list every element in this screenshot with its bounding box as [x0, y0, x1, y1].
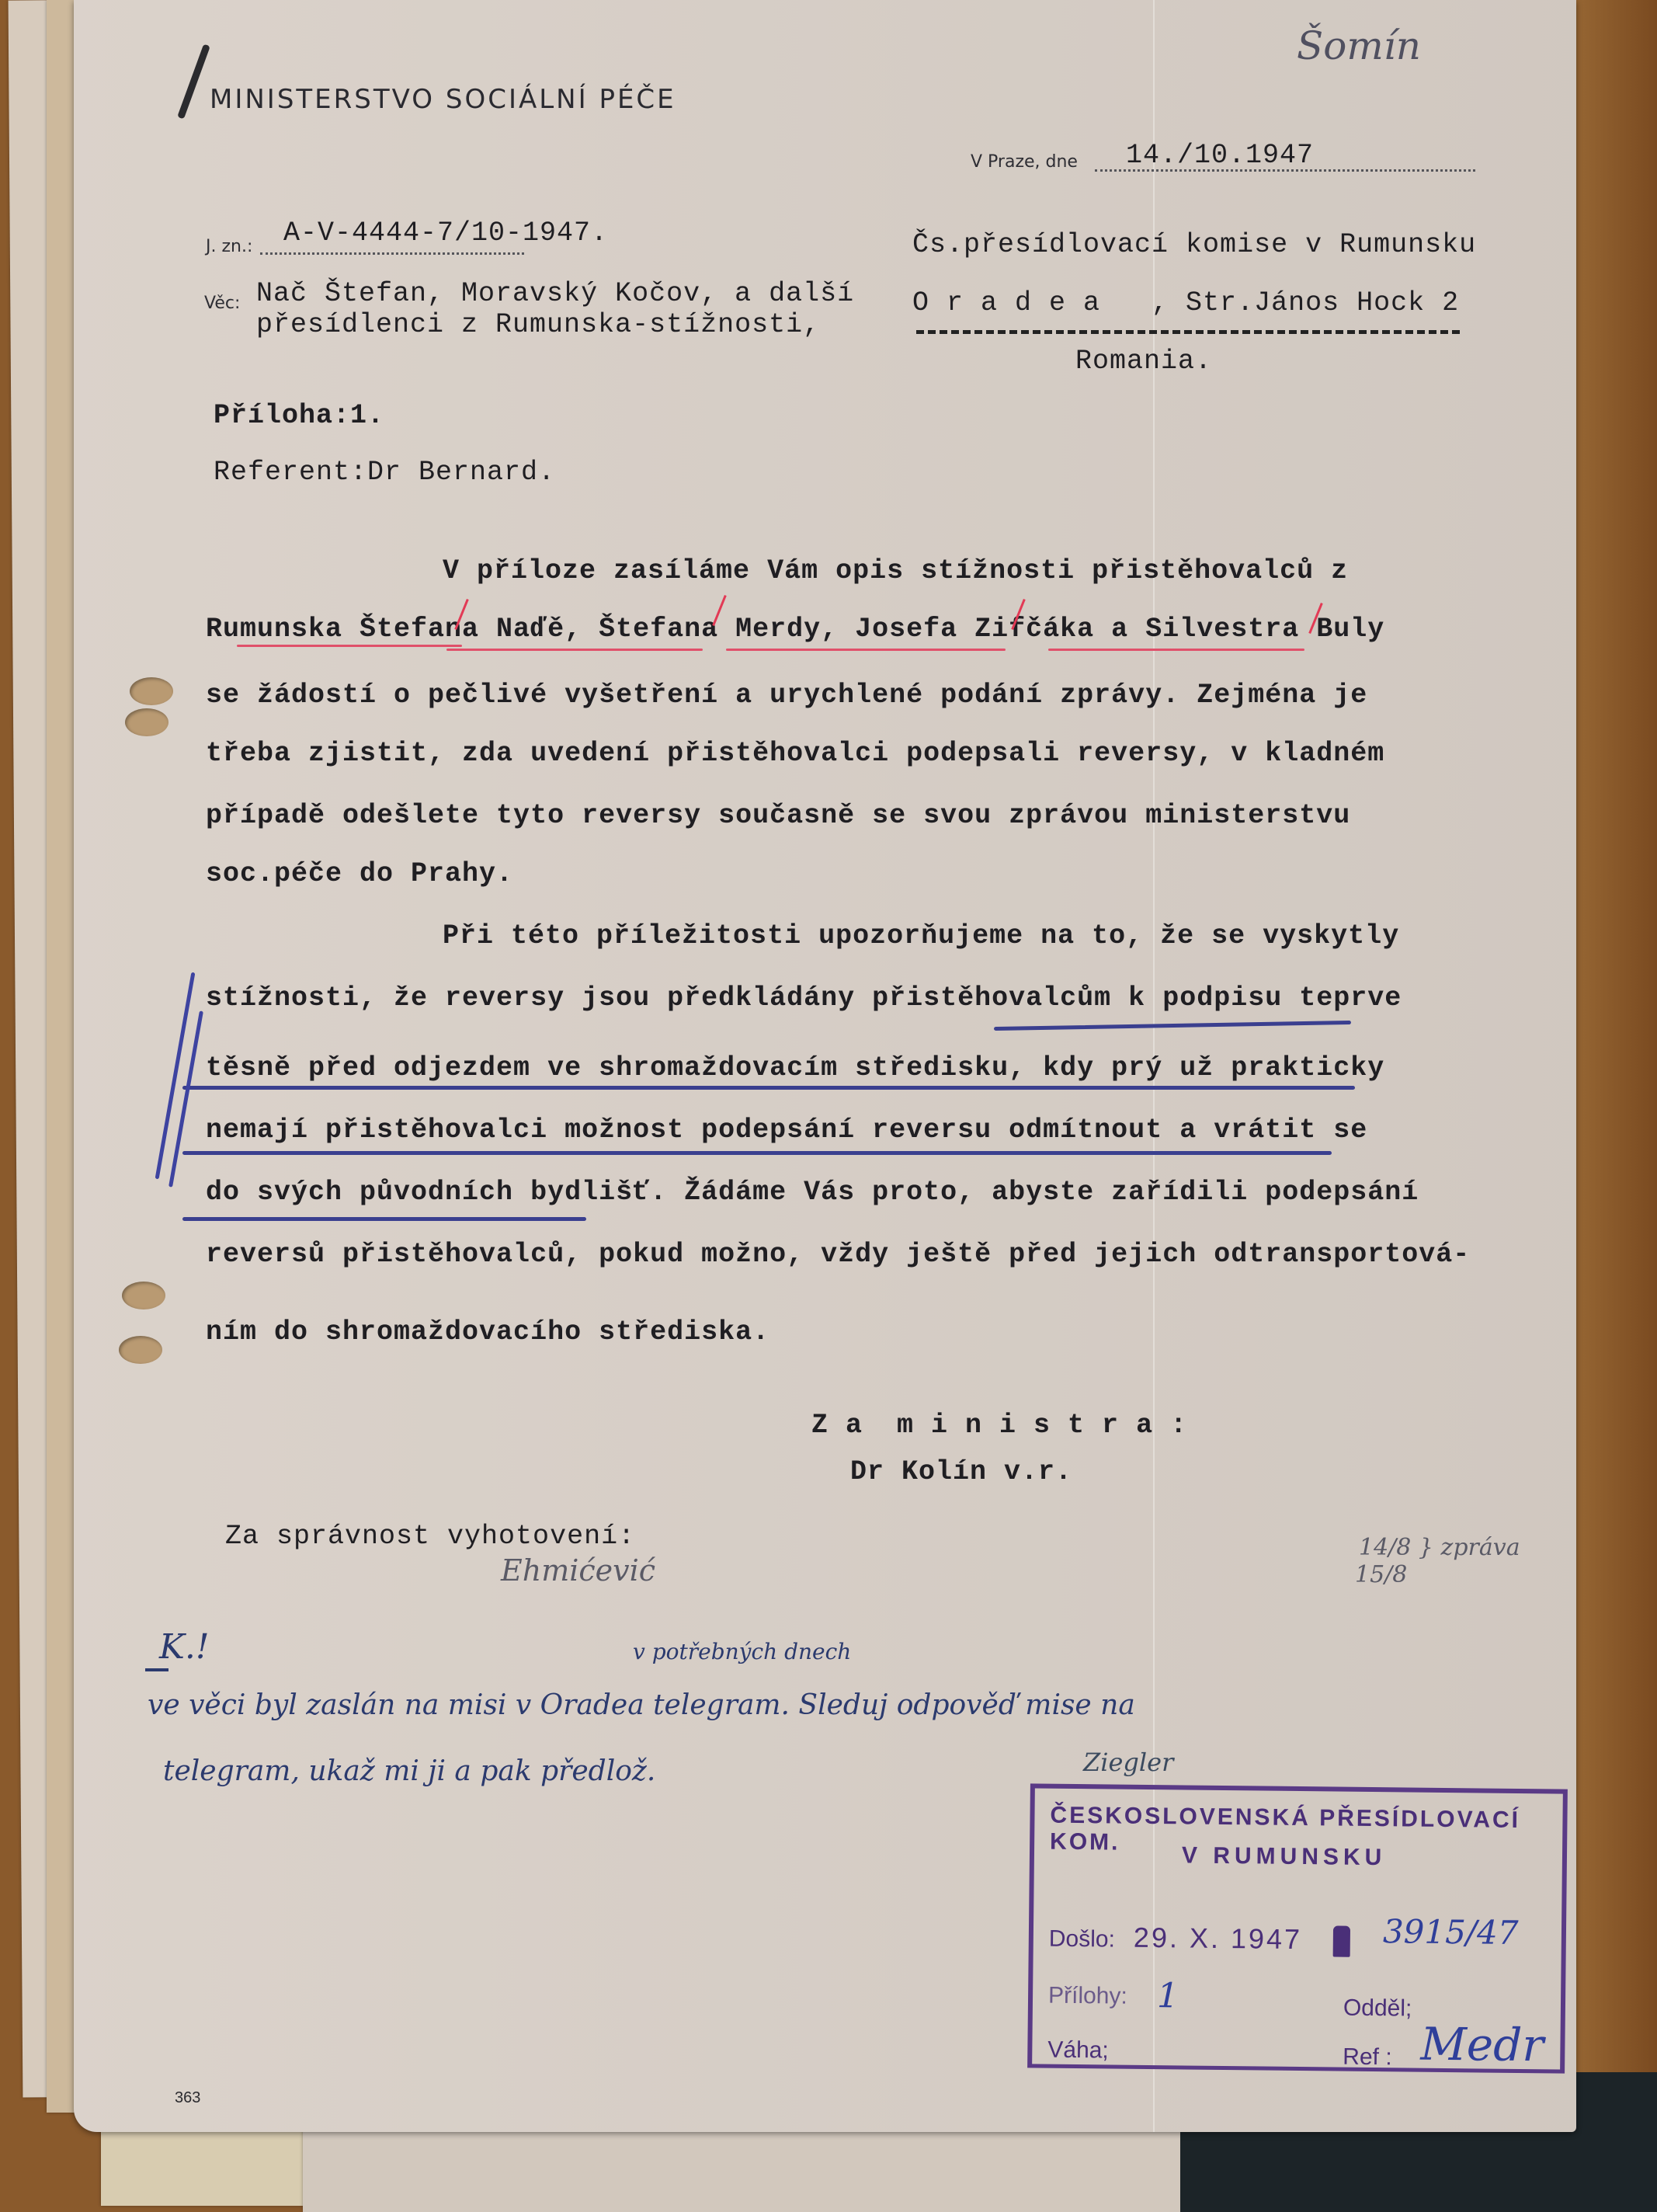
letter-date: 14./10.1947 — [1126, 140, 1314, 171]
body-p2-line-7: ním do shromaždovacího střediska. — [206, 1316, 769, 1348]
handwritten-line-1: ve věci byl zaslán na misi v Oradea tele… — [148, 1689, 1135, 1721]
blue-margin-mark — [168, 1010, 203, 1187]
referent: Referent:Dr Bernard. — [214, 457, 555, 488]
stamp-reg-number: 3915/47 — [1383, 1912, 1519, 1952]
handwritten-heading: K.! — [159, 1627, 210, 1667]
reference-dotted-line — [260, 252, 524, 255]
recipient-line-2: O r a d e a , Str.János Hock 2 — [912, 287, 1459, 318]
body-p1-line-2: Rumunska Štefana Naďě, Štefana Merdy, Jo… — [206, 614, 1384, 645]
body-p2-line-1: Při této příležitosti upozorňujeme na to… — [443, 920, 1399, 951]
blue-underline — [182, 1086, 1355, 1090]
underlying-sheet — [303, 2128, 1196, 2212]
underlying-sheet — [101, 2128, 303, 2206]
body-p1-line-1: V příloze zasíláme Vám opis stížnosti př… — [443, 555, 1348, 586]
subject-line-2: přesídlenci z Rumunska-stížnosti, — [256, 309, 820, 340]
reference-label: J. zn.: — [206, 237, 252, 256]
top-right-signature: Šomín — [1297, 23, 1421, 68]
desk-background — [1564, 0, 1657, 2212]
stamp-weight-label: Váha; — [1047, 2037, 1109, 2064]
stamp-attachments-value: 1 — [1157, 1976, 1179, 2015]
blue-underline — [182, 1217, 586, 1221]
for-minister-label: Z a m i n i s t r a : — [811, 1410, 1187, 1441]
body-p2-line-6: reversů přistěhovalců, pokud možno, vždy… — [206, 1239, 1470, 1270]
body-p1-line-4: třeba zjistit, zda uvedení přistěhovalci… — [206, 738, 1384, 769]
stamp-ref-value: Medr — [1420, 2018, 1544, 2072]
body-p1-line-3: se žádostí o pečlivé vyšetření a urychle… — [206, 680, 1367, 711]
stamp-ref-label: Ref : — [1343, 2044, 1392, 2071]
recipient-country: Romania. — [1075, 346, 1212, 377]
certification-label: Za správnost vyhotovení: — [225, 1521, 635, 1552]
stamp-attachments-label: Přílohy: — [1048, 1983, 1127, 2010]
body-p2-line-5: do svých původních bydlišť. Žádáme Vás p… — [206, 1177, 1419, 1208]
punch-hole — [130, 677, 173, 705]
stamp-seal-icon — [1333, 1926, 1350, 1957]
recipient-dash-line — [916, 330, 1460, 334]
red-underline-name-1 — [237, 645, 462, 647]
pencil-note-line-1: 14/8 } zpráva — [1359, 1534, 1520, 1561]
body-p2-line-2: stížnosti, že reversy jsou předkládány p… — [206, 983, 1402, 1014]
blue-underline — [994, 1021, 1351, 1031]
pencil-note-line-2: 15/8 — [1355, 1561, 1407, 1588]
body-p2-line-4: nemají přistěhovalci možnost podepsání r… — [206, 1115, 1367, 1146]
stamp-department-label: Odděl; — [1343, 1995, 1412, 2022]
body-p2-line-3: těsně před odjezdem ve shromaždovacím st… — [206, 1052, 1384, 1083]
handwritten-initials: Ziegler — [1083, 1748, 1173, 1777]
stamp-date-label: Došlo: — [1049, 1926, 1115, 1953]
red-underline-name-4 — [1048, 649, 1304, 651]
blue-underline — [182, 1151, 1332, 1155]
stamp-country: V RUMUNSKU — [1182, 1842, 1387, 1871]
red-underline-name-2 — [446, 649, 703, 651]
heading-underline — [145, 1668, 168, 1671]
certification-signature: Ehmićević — [501, 1553, 655, 1588]
letter-page: MINISTERSTVO SOCIÁLNÍ PÉČE Šomín V Praze… — [74, 0, 1576, 2132]
stamp-date-value: 29. X. 1947 — [1134, 1922, 1303, 1955]
subject-label: Věc: — [204, 294, 240, 313]
stamp-date: Došlo: 29. X. 1947 — [1049, 1921, 1351, 1958]
form-number: 363 — [175, 2089, 200, 2107]
letterhead-slash — [177, 43, 210, 119]
date-prefix: V Praze, dne — [971, 152, 1078, 172]
attachment-count: Příloha:1. — [214, 400, 384, 431]
punch-hole — [119, 1336, 162, 1364]
punch-hole — [125, 708, 168, 736]
body-p1-line-5: případě odešlete tyto reversy současně s… — [206, 800, 1350, 831]
subject-line-1: Nač Štefan, Moravský Kočov, a další — [256, 278, 854, 309]
reference-number: A-V-4444-7/10-1947. — [283, 217, 608, 249]
handwritten-line-2: telegram, ukaž mi ji a pak předlož. — [163, 1755, 655, 1787]
punch-hole — [122, 1282, 165, 1309]
red-underline-name-3 — [726, 649, 1006, 651]
received-stamp: ČESKOSLOVENSKÁ PŘESÍDLOVACÍ KOM. V RUMUN… — [1027, 1783, 1568, 2073]
handwritten-insert: v potřebných dnech — [633, 1639, 851, 1664]
recipient-line-1: Čs.přesídlovací komise v Rumunsku — [912, 229, 1476, 260]
body-p1-line-6: soc.péče do Prahy. — [206, 858, 513, 889]
ministry-letterhead: MINISTERSTVO SOCIÁLNÍ PÉČE — [210, 84, 676, 115]
signatory-name: Dr Kolín v.r. — [850, 1456, 1072, 1487]
